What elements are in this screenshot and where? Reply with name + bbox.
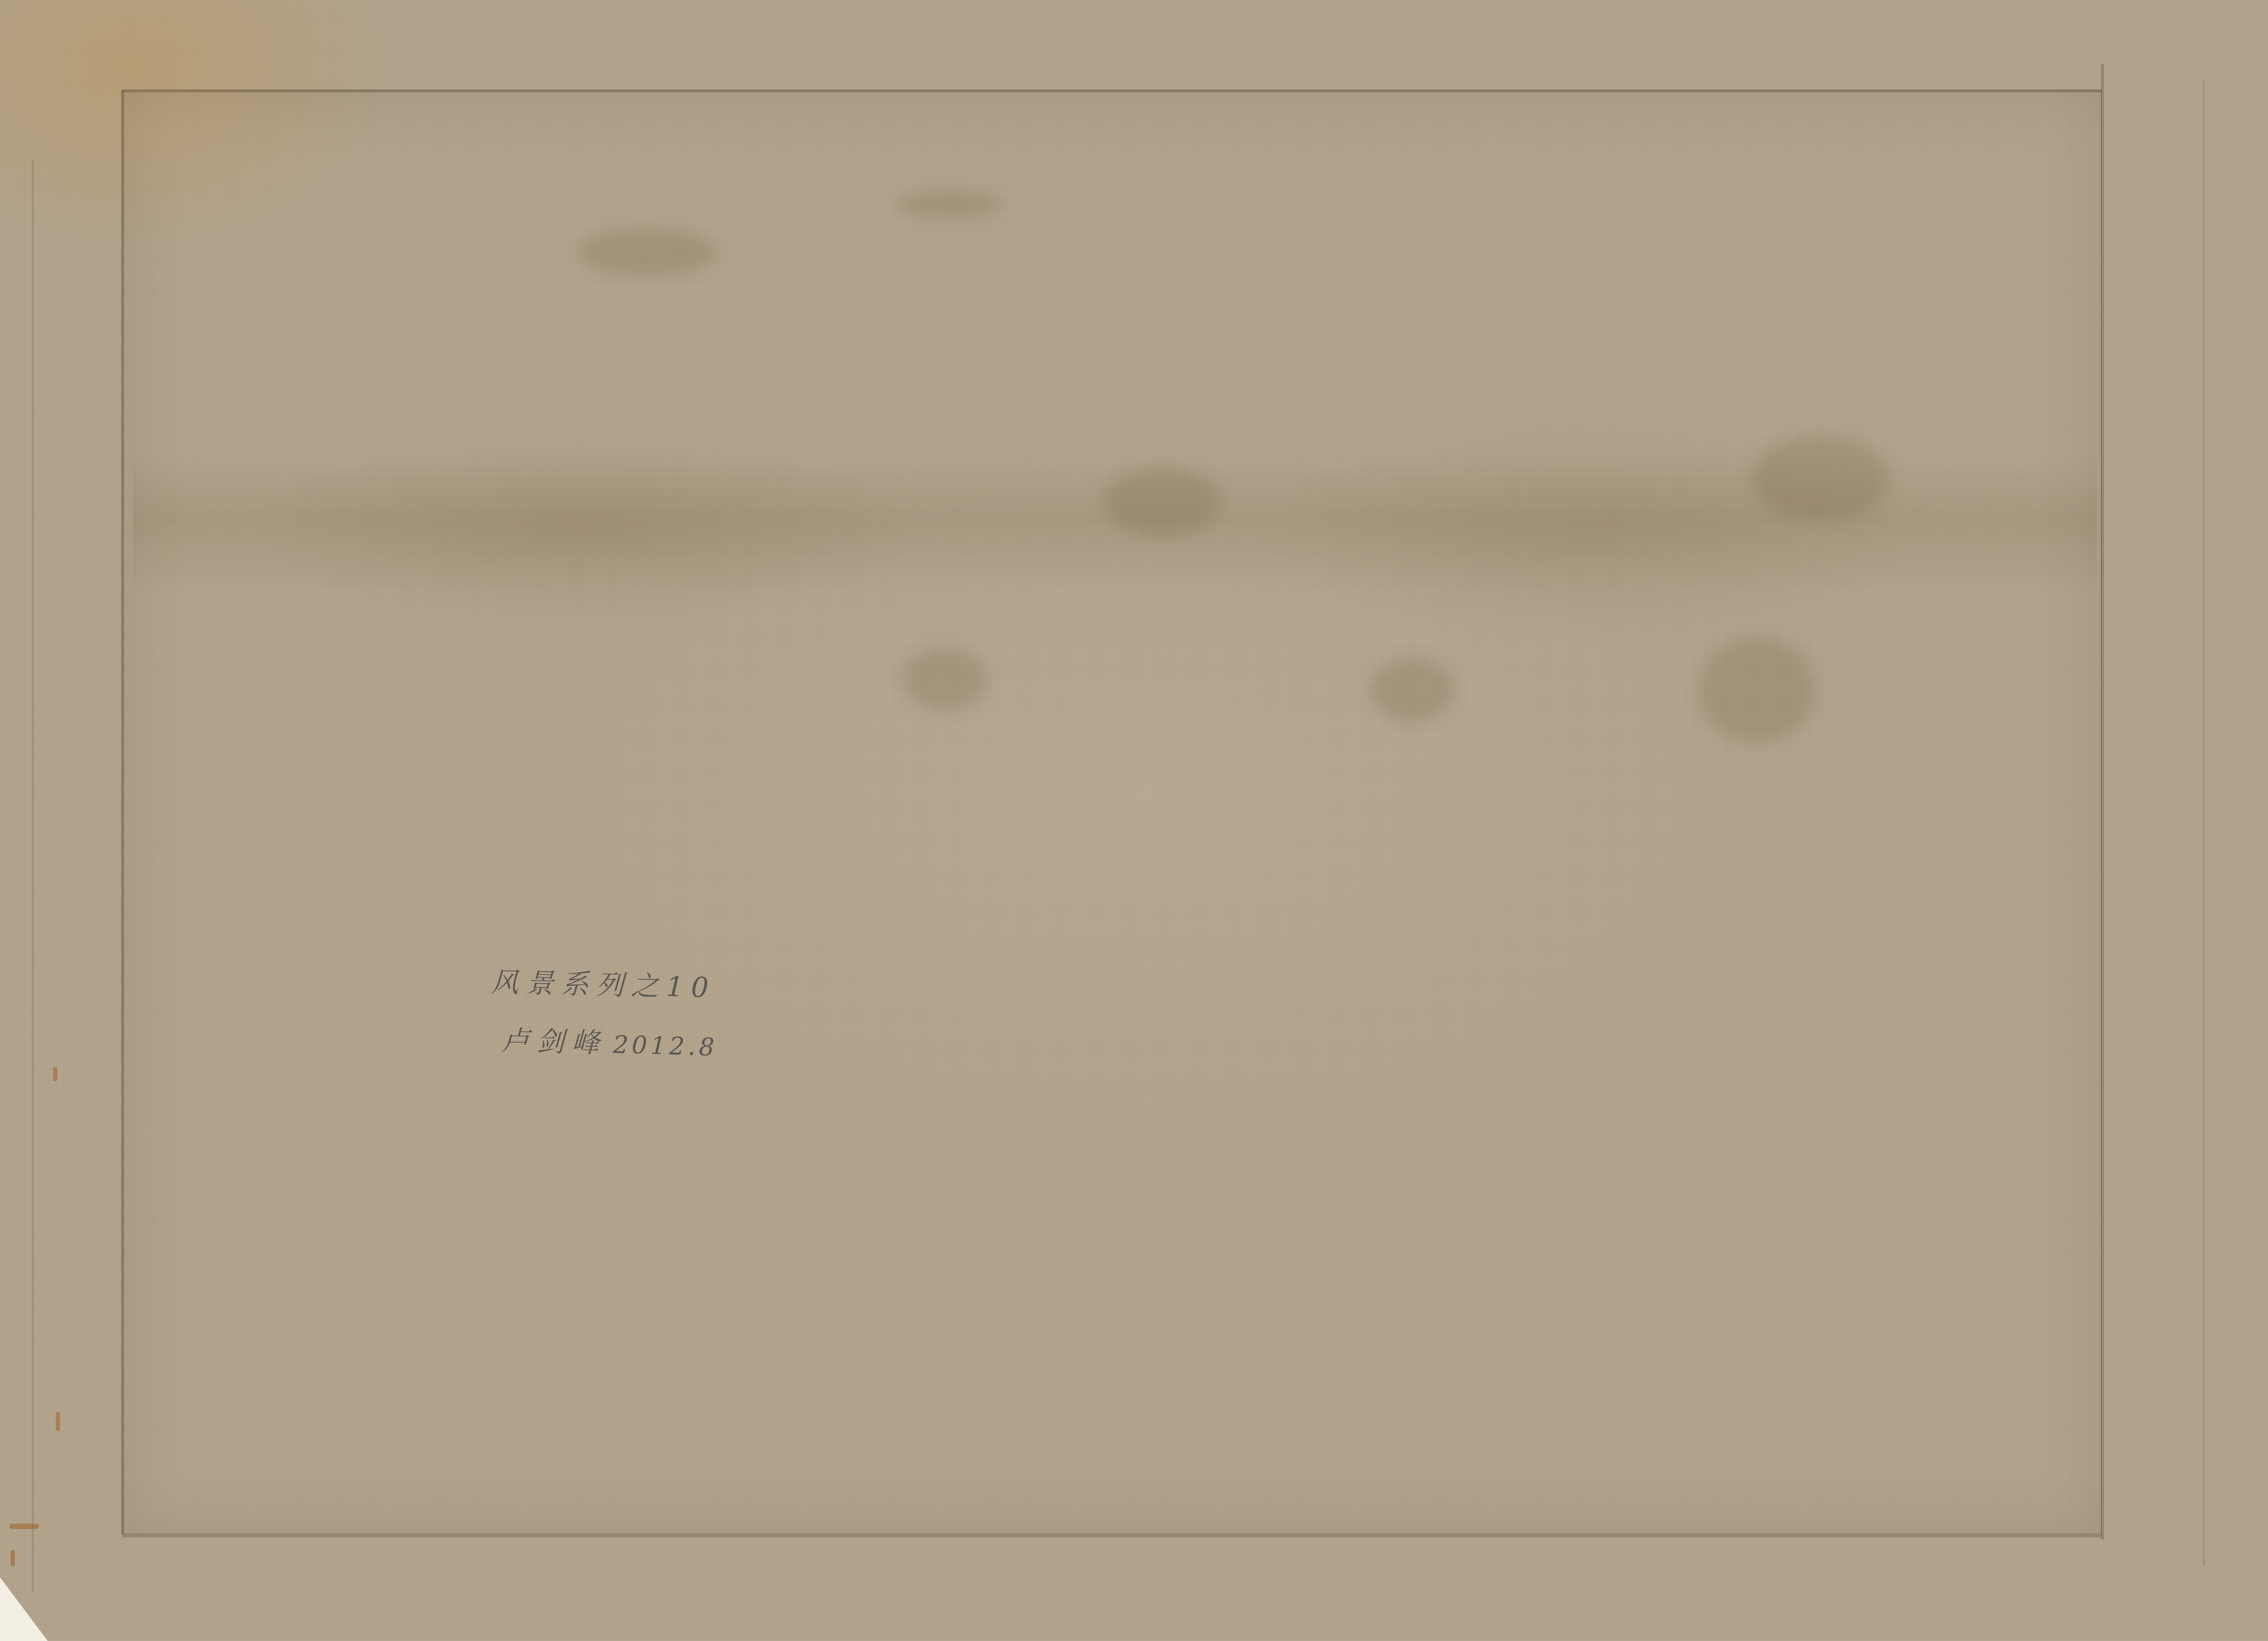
inscription-signature-line: 卢剑峰2012.8 <box>501 1027 718 1061</box>
inscription-artist: 卢剑峰 <box>501 1025 607 1060</box>
stretcher-fold-bottom <box>122 1534 2102 1537</box>
stain-mark <box>579 228 717 276</box>
stain-mark <box>902 648 987 711</box>
stretcher-fold-top <box>122 89 2102 92</box>
stain-mark <box>1698 637 1815 743</box>
inscription-date: 2012.8 <box>613 1030 718 1061</box>
rust-spot <box>11 1550 15 1566</box>
canvas-edge-wrap-right <box>2203 80 2205 1566</box>
background-corner <box>0 1577 48 1641</box>
canvas-back-photo: 风景系列之10 卢剑峰2012.8 <box>0 0 2268 1641</box>
stretcher-fold-right <box>2101 64 2104 1540</box>
stain-mark <box>897 191 1003 218</box>
stain-mark <box>1752 435 1890 520</box>
stretcher-fold-left <box>121 90 124 1534</box>
canvas-edge-wrap-left <box>32 159 34 1593</box>
rust-spot <box>10 1524 39 1529</box>
pencil-inscription: 风景系列之10 卢剑峰2012.8 <box>491 972 718 1058</box>
rust-spot <box>56 1412 60 1431</box>
stain-mark <box>1369 658 1454 722</box>
inscription-title: 风景系列之10 <box>490 968 718 1002</box>
stain-mark <box>1104 467 1221 536</box>
rust-spot <box>53 1067 57 1081</box>
stretcher-inner-panel <box>122 90 2102 1534</box>
